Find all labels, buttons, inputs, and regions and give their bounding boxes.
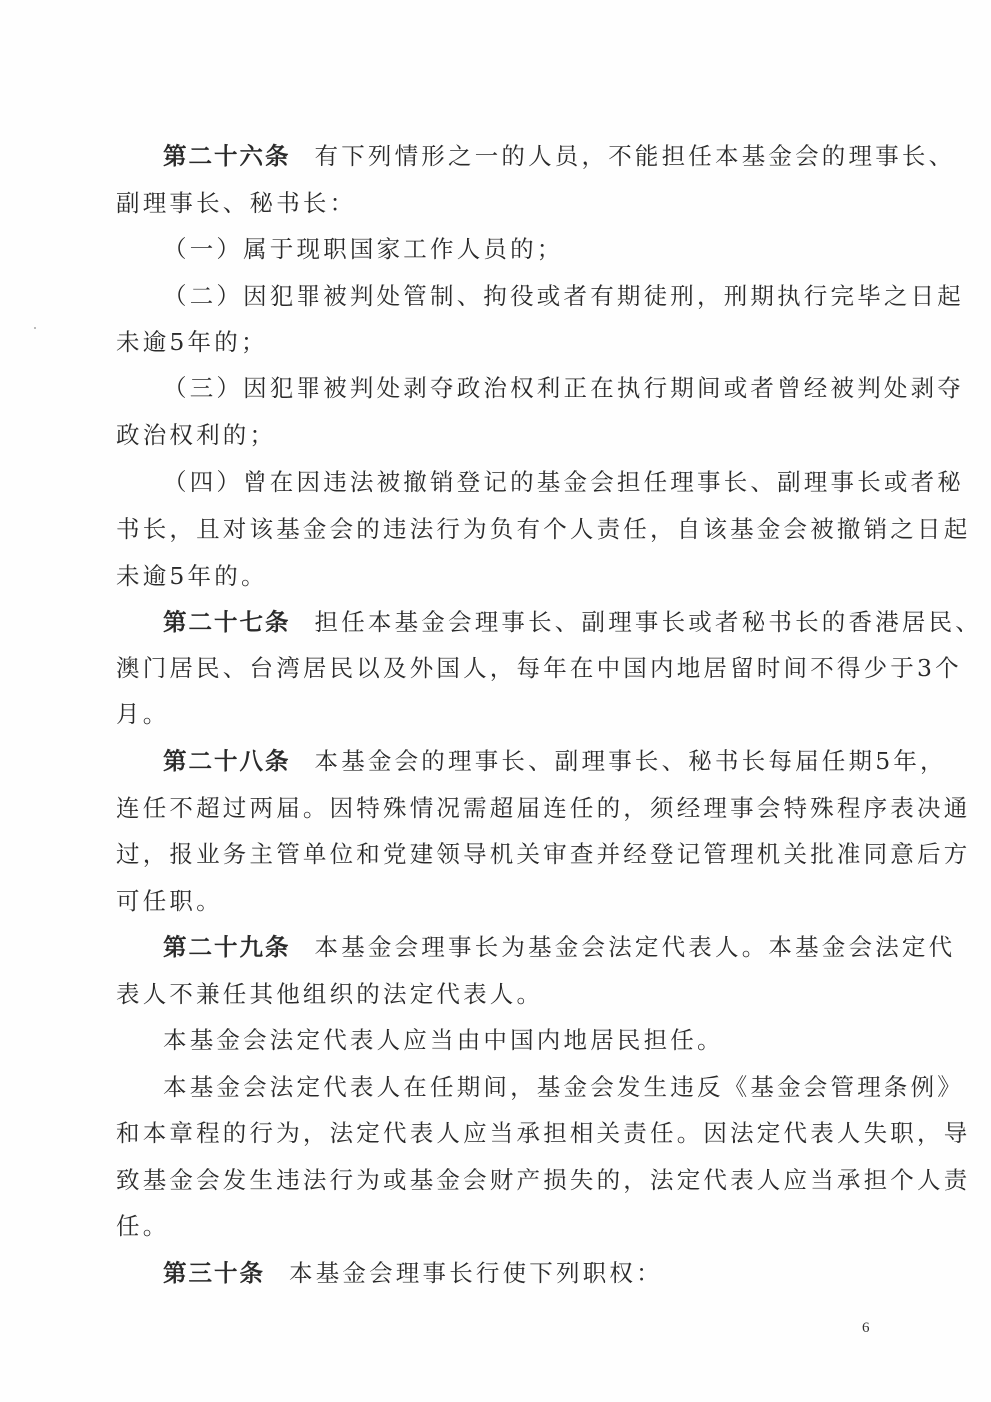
article-29-para-3-line-2: 和本章程的行为，法定代表人应当承担相关责任。因法定代表人失职，导 (116, 1118, 970, 1148)
page-number: 6 (862, 1320, 870, 1337)
clause-4-line-3: 未逾5年的。 (116, 561, 268, 591)
clause-1: （一）属于现职国家工作人员的； (163, 234, 564, 264)
clause-2-line-1: （二）因犯罪被判处管制、拘役或者有期徒刑，刑期执行完毕之日起 (163, 281, 964, 311)
article-29-para-3-line-4: 任。 (116, 1211, 169, 1241)
document-page: 第二十六条有下列情形之一的人员，不能担任本基金会的理事长、 副理事长、秘书长： … (0, 0, 991, 1402)
article-number: 第二十八条 (163, 747, 291, 775)
clause-2-line-2: 未逾5年的； (116, 327, 268, 357)
article-28-line-4: 可任职。 (116, 886, 223, 916)
article-26-line-1: 第二十六条有下列情形之一的人员，不能担任本基金会的理事长、 (163, 141, 955, 171)
article-29-para-3-line-1: 本基金会法定代表人在任期间，基金会发生违反《基金会管理条例》 (163, 1072, 964, 1102)
article-26-line-2: 副理事长、秘书长： (116, 188, 356, 218)
clause-4-line-2: 书长，且对该基金会的违法行为负有个人责任，自该基金会被撤销之日起 (116, 514, 970, 544)
article-28-line-2: 连任不超过两届。因特殊情况需超届连任的，须经理事会特殊程序表决通 (116, 793, 970, 823)
article-29-para-2: 本基金会法定代表人应当由中国内地居民担任。 (163, 1025, 724, 1055)
scan-speck (34, 327, 36, 329)
clause-3-line-2: 政治权利的； (116, 420, 276, 450)
article-27-line-3: 月。 (116, 699, 169, 729)
article-number: 第二十七条 (163, 608, 291, 636)
clause-4-line-1: （四）曾在因违法被撤销登记的基金会担任理事长、副理事长或者秘 (163, 467, 964, 497)
article-29-para-3-line-3: 致基金会发生违法行为或基金会财产损失的，法定代表人应当承担个人责 (116, 1165, 970, 1195)
article-29-line-1: 第二十九条本基金会理事长为基金会法定代表人。本基金会法定代 (163, 932, 955, 962)
article-30-line-1: 第三十条本基金会理事长行使下列职权： (163, 1258, 663, 1288)
article-number: 第二十九条 (163, 933, 291, 961)
article-28-line-3: 过，报业务主管单位和党建领导机关审查并经登记管理机关批准同意后方 (116, 839, 970, 869)
article-29-line-2: 表人不兼任其他组织的法定代表人。 (116, 979, 543, 1009)
article-27-line-1: 第二十七条担任本基金会理事长、副理事长或者秘书长的香港居民、 (163, 607, 982, 637)
article-27-line-2: 澳门居民、台湾居民以及外国人，每年在中国内地居留时间不得少于3个 (116, 653, 962, 683)
article-28-line-1: 第二十八条本基金会的理事长、副理事长、秘书长每届任期5年， (163, 746, 947, 776)
clause-3-line-1: （三）因犯罪被判处剥夺政治权利正在执行期间或者曾经被判处剥夺 (163, 373, 964, 403)
article-number: 第二十六条 (163, 142, 291, 170)
article-number: 第三十条 (163, 1259, 265, 1287)
